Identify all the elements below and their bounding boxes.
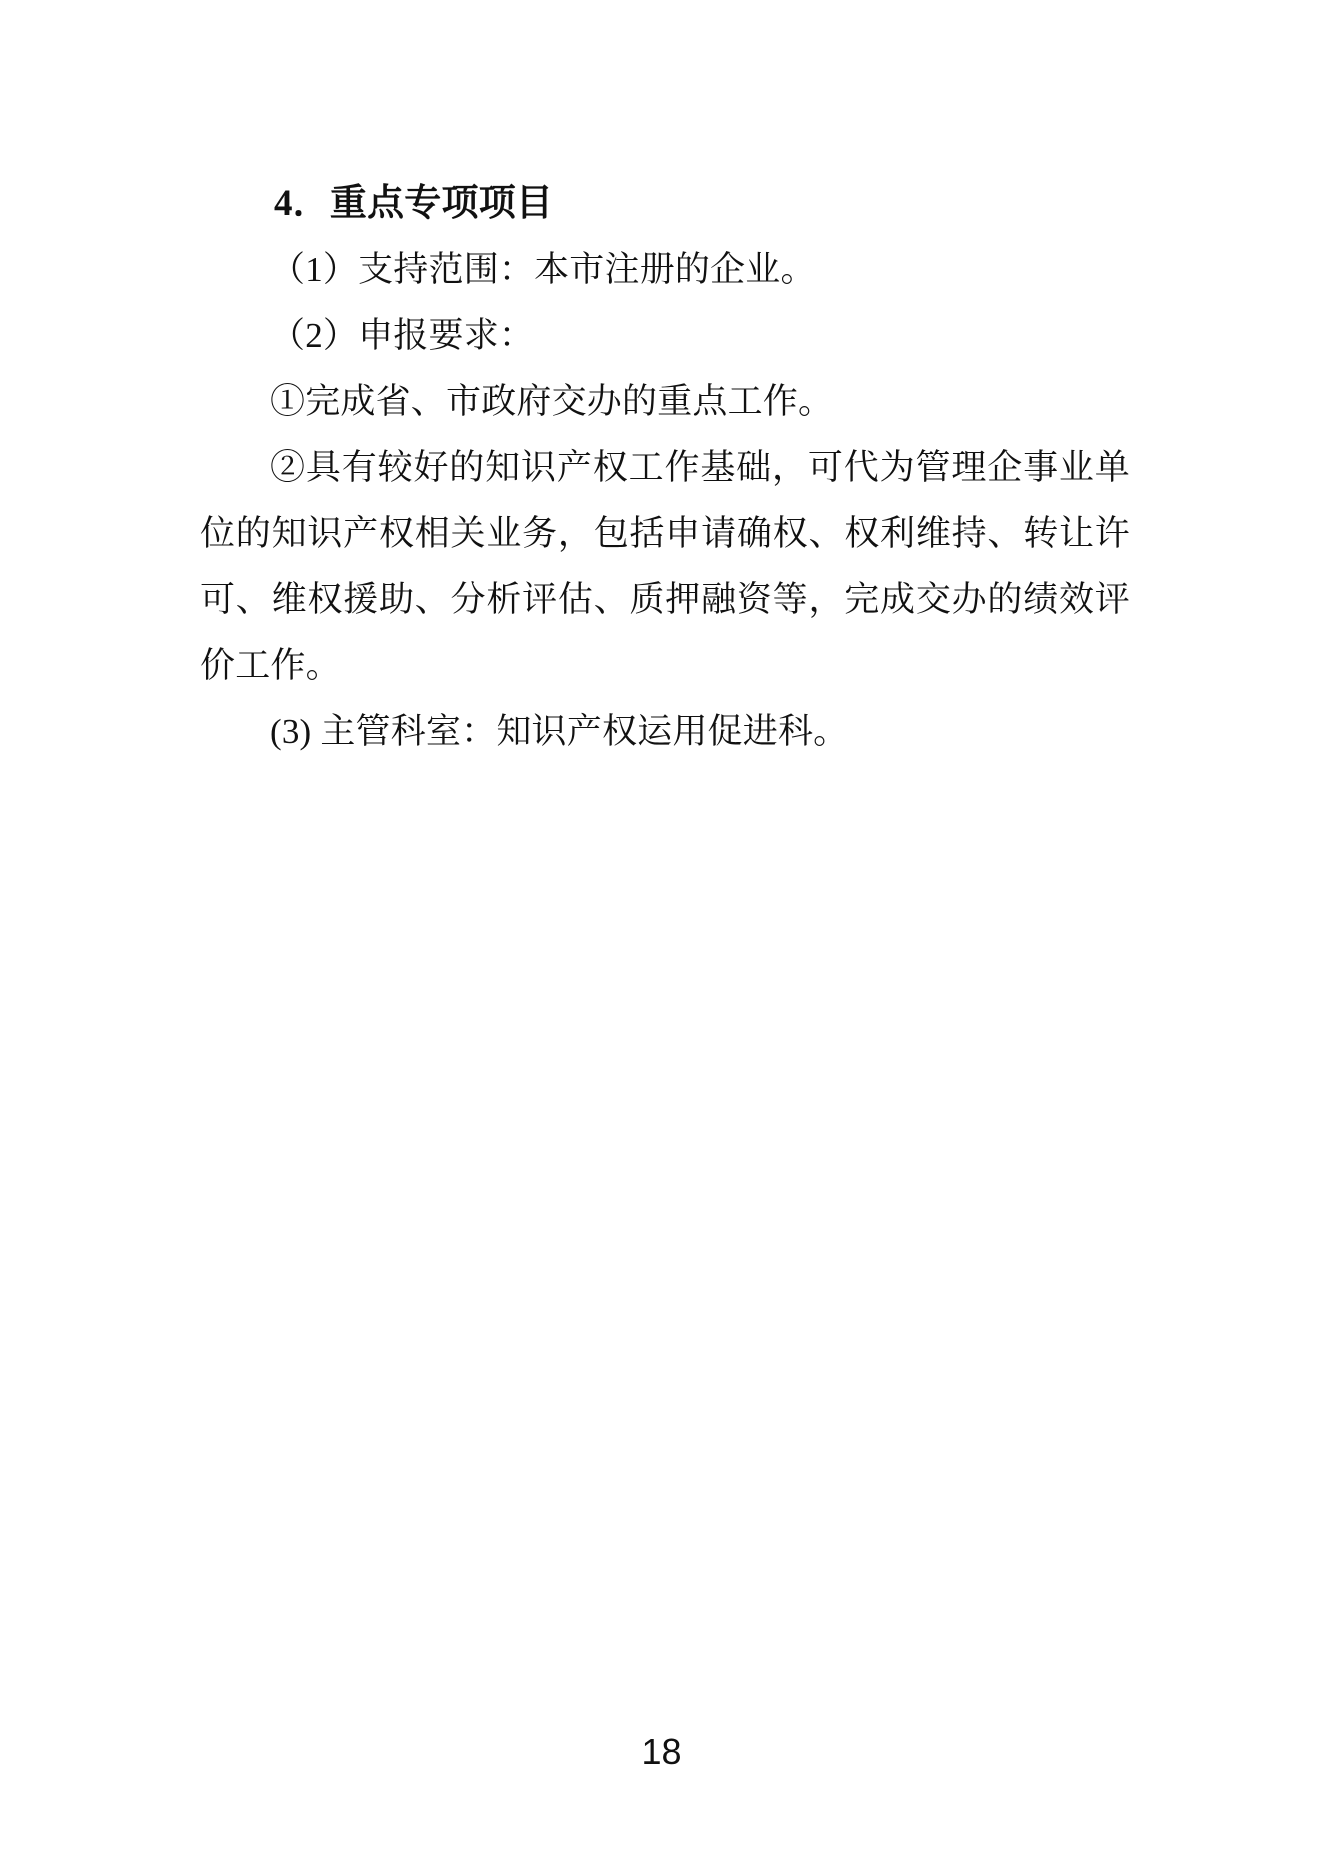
section-heading: 4．重点专项项目 [200,171,1130,237]
paragraph-requirement-item-2: ②具有较好的知识产权工作基础，可代为管理企事业单位的知识产权相关业务，包括申请确… [200,435,1130,699]
paragraph-support-scope: （1）支持范围：本市注册的企业。 [200,237,1130,303]
paragraph-responsible-department: (3) 主管科室：知识产权运用促进科。 [200,699,1130,765]
paragraph-requirement-item-1: ①完成省、市政府交办的重点工作。 [200,369,1130,435]
document-page: 4．重点专项项目 （1）支持范围：本市注册的企业。 （2）申报要求： ①完成省、… [0,0,1323,1871]
page-number: 18 [0,1734,1323,1770]
document-body: 4．重点专项项目 （1）支持范围：本市注册的企业。 （2）申报要求： ①完成省、… [200,171,1130,765]
paragraph-application-requirements: （2）申报要求： [200,303,1130,369]
